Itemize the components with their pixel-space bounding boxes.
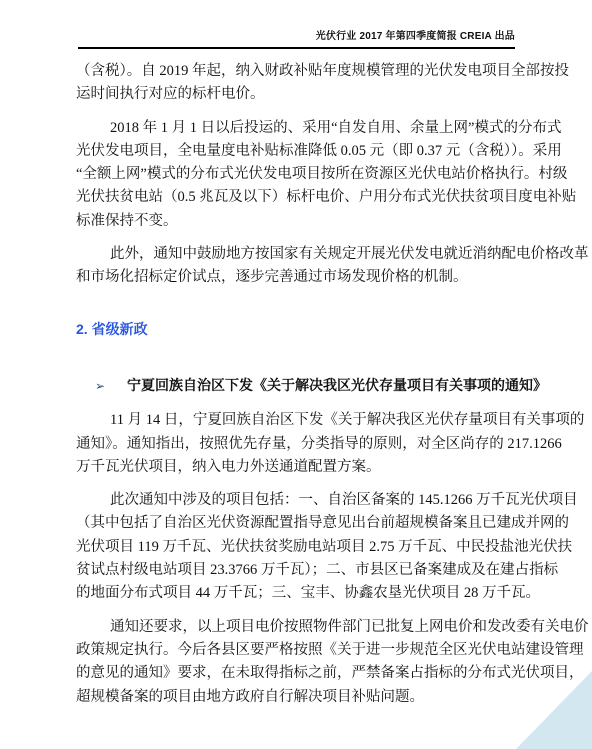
paragraph: 通知还要求，以上项目电价按照物件部门已批复上网电价和发改委有关电价政策规定执行。… (76, 616, 514, 709)
paragraph: 11 月 14 日，宁夏回族自治区下发《关于解决我区光伏存量项目有关事项的通知》… (76, 409, 514, 479)
paragraph: 此外，通知中鼓励地方按国家有关规定开展光伏发电就近消纳配电价格改革和市场化招标定… (76, 243, 514, 290)
paragraph: （含税）。自 2019 年起，纳入财政补贴年度规模管理的光伏发电项目全部按投运时… (76, 60, 514, 107)
text-line: “全额上网”模式的分布式光伏发电项目按所在资源区光伏电站价格执行。村级 (76, 163, 514, 186)
text-line: 万千瓦光伏项目，纳入电力外送通道配置方案。 (76, 456, 514, 479)
corner-decoration-triangle (516, 671, 592, 749)
text-line: 通知》。通知指出，按照优先存量，分类指导的原则，对全区尚存的 217.1266 (76, 433, 514, 456)
text-line: 和市场化招标定价试点，逐步完善通过市场发现价格的机制。 (76, 266, 514, 289)
text-line: 标准保持不变。 (76, 210, 514, 233)
text-line: 超规模备案的项目由地方政府自行解决项目补贴问题。 (76, 686, 514, 709)
section-heading: 2. 省级新政 (76, 318, 514, 341)
paragraph: 此次通知中涉及的项目包括：一、自治区备案的 145.1266 万千瓦光伏项目（其… (76, 489, 514, 605)
text-line: 运时间执行对应的标杆电价。 (76, 83, 514, 106)
text-line: 光伏项目 119 万千瓦、光伏扶贫奖励电站项目 2.75 万千瓦、中民投盐池光伏… (76, 536, 514, 559)
bullet-item-title: 宁夏回族自治区下发《关于解决我区光伏存量项目有关事项的通知》 (127, 375, 547, 398)
text-line: 通知还要求，以上项目电价按照物件部门已批复上网电价和发改委有关电价 (76, 616, 514, 639)
text-line: 的地面分布式项目 44 万千瓦；三、宝丰、协鑫农垦光伏项目 28 万千瓦。 (76, 582, 514, 605)
document-body: （含税）。自 2019 年起，纳入财政补贴年度规模管理的光伏发电项目全部按投运时… (76, 60, 514, 709)
header-title: 光伏行业 2017 年第四季度简报 CREIA 出品 (316, 31, 515, 42)
text-line: 2018 年 1 月 1 日以后投运的、采用“自发自用、余量上网”模式的分布式 (76, 117, 514, 140)
text-line: 政策规定执行。今后各县区要严格按照《关于进一步规范全区光伏电站建设管理 (76, 639, 514, 662)
text-line: 11 月 14 日，宁夏回族自治区下发《关于解决我区光伏存量项目有关事项的 (76, 409, 514, 432)
text-line: （其中包括了自治区光伏资源配置指导意见出台前超规模备案且已建成并网的 (76, 512, 514, 535)
text-line: 的意见的通知》要求，在未取得指标之前，严禁备案占指标的分布式光伏项目， (76, 662, 514, 685)
paragraph: 2018 年 1 月 1 日以后投运的、采用“自发自用、余量上网”模式的分布式光… (76, 117, 514, 233)
text-line: 光伏发电项目，全电量度电补贴标准降低 0.05 元（即 0.37 元（含税））。… (76, 140, 514, 163)
text-line: 光伏扶贫电站（0.5 兆瓦及以下）标杆电价、户用分布式光伏扶贫项目度电补贴 (76, 186, 514, 209)
arrowhead-bullet-icon: ➢ (76, 375, 127, 398)
page-header: 光伏行业 2017 年第四季度简报 CREIA 出品 (78, 30, 515, 49)
document-page: 光伏行业 2017 年第四季度简报 CREIA 出品 （含税）。自 2019 年… (0, 0, 592, 749)
text-line: 此外，通知中鼓励地方按国家有关规定开展光伏发电就近消纳配电价格改革 (76, 243, 514, 266)
text-line: 此次通知中涉及的项目包括：一、自治区备案的 145.1266 万千瓦光伏项目 (76, 489, 514, 512)
text-line: （含税）。自 2019 年起，纳入财政补贴年度规模管理的光伏发电项目全部按投 (76, 60, 514, 83)
text-line: 贫试点村级电站项目 23.3766 万千瓦）；二、市县区已备案建成及在建占指标 (76, 559, 514, 582)
bullet-list-item: ➢ 宁夏回族自治区下发《关于解决我区光伏存量项目有关事项的通知》 (76, 375, 514, 398)
